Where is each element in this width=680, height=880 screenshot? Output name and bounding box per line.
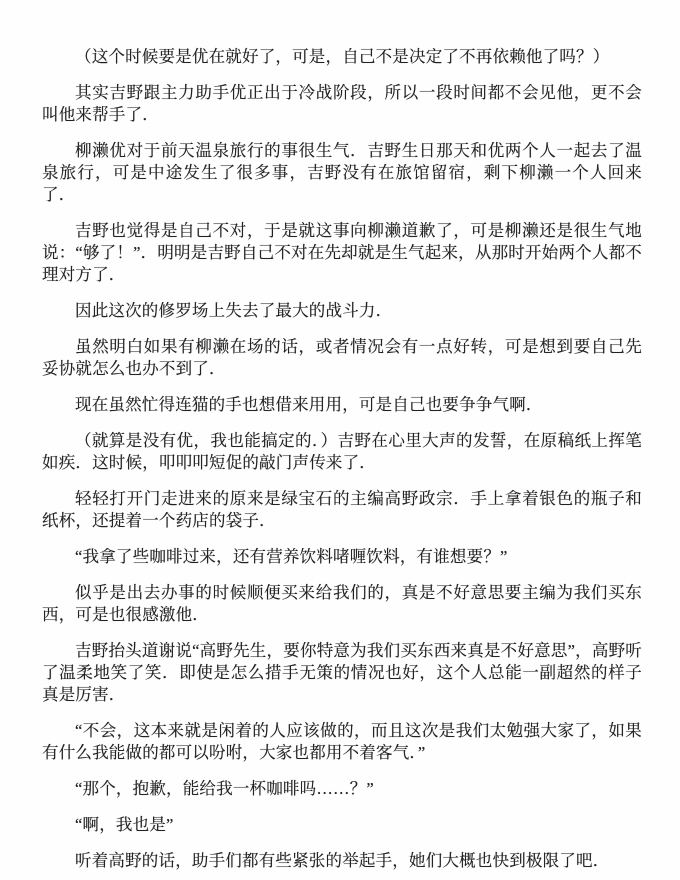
document-page: （这个时候要是优在就好了，可是，自己不是决定了不再依赖他了吗？） 其实吉野跟主力… [0, 0, 680, 880]
paragraph: 其实吉野跟主力助手优正出于冷战阶段，所以一段时间都不会见他，更不会叫他来帮手了． [42, 82, 642, 126]
paragraph: 虽然明白如果有柳濑在场的话，或者情况会有一点好转，可是想到要自己先妥协就怎么也办… [42, 336, 642, 380]
paragraph: （就算是没有优，我也能搞定的．）吉野在心里大声的发誓，在原稿纸上挥笔如疾．这时候… [42, 430, 642, 474]
paragraph: “不会，这本来就是闲着的人应该做的，而且这次是我们太勉强大家了，如果有什么我能做… [42, 720, 642, 764]
paragraph: 轻轻打开门走进来的原来是绿宝石的主编高野政宗．手上拿着银色的瓶子和纸杯，还提着一… [42, 488, 642, 532]
paragraph: “啊，我也是” [42, 814, 642, 836]
paragraph: 听着高野的话，助手们都有些紧张的举起手，她们大概也快到极限了吧． [42, 850, 642, 872]
paragraph: 吉野抬头道谢说“高野先生，要你特意为我们买东西来真是不好意思”，高野听了温柔地笑… [42, 640, 642, 706]
paragraph: 吉野也觉得是自己不对，于是就这事向柳濑道歉了，可是柳濑还是很生气地说：“够了！”… [42, 220, 642, 286]
paragraph: 柳濑优对于前天温泉旅行的事很生气．吉野生日那天和优两个人一起去了温泉旅行，可是中… [42, 140, 642, 206]
paragraph: 因此这次的修罗场上失去了最大的战斗力． [42, 300, 642, 322]
paragraph: 似乎是出去办事的时候顺便买来给我们的，真是不好意思要主编为我们买东西，可是也很感… [42, 582, 642, 626]
paragraph: “那个，抱歉，能给我一杯咖啡吗……？” [42, 778, 642, 800]
paragraph: “我拿了些咖啡过来，还有营养饮料啫喱饮料，有谁想要？” [42, 546, 642, 568]
paragraph: （这个时候要是优在就好了，可是，自己不是决定了不再依赖他了吗？） [42, 46, 642, 68]
paragraph: 现在虽然忙得连猫的手也想借来用用，可是自己也要争争气啊． [42, 394, 642, 416]
